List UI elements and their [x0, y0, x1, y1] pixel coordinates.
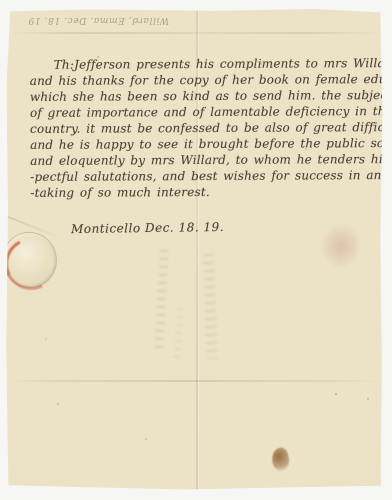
horizontal-fold-crease-bottom [5, 380, 383, 382]
letter-dateline: Monticello Dec. 18. 19. [71, 220, 224, 236]
letter-line: country. it must be confessed to be also… [30, 119, 378, 137]
pink-smudge-stain [317, 220, 365, 272]
letter-body-text: Th:Jefferson presents his compliments to… [30, 55, 379, 201]
letter-paper-sheet: Willard, Emma. Dec. 18. 19 Th:Jefferson … [5, 8, 383, 490]
paper-specks [5, 8, 7, 10]
letter-line: and eloquently by mrs Willard, to whom h… [30, 151, 378, 169]
letter-line: and he is happy to see it brought before… [30, 135, 378, 153]
scanned-letter-image: Willard, Emma. Dec. 18. 19 Th:Jefferson … [0, 0, 392, 500]
horizontal-fold-crease-top [5, 32, 383, 34]
letter-line: of great importance and of lamentable de… [30, 103, 378, 121]
embossed-seal [0, 230, 61, 296]
letter-line: which she has been so kind as to send hi… [30, 87, 378, 105]
gray-ink-smudge [203, 254, 218, 359]
letter-line: -taking of so much interest. [30, 183, 378, 201]
brown-ink-spot [269, 446, 291, 472]
upside-down-pencil-docket: Willard, Emma. Dec. 18. 19 [19, 10, 169, 25]
gray-ink-smudge [173, 308, 185, 363]
gray-ink-smudge [154, 250, 168, 350]
letter-line: -pectful salutations, and best wishes fo… [30, 167, 378, 185]
letter-line: and his thanks for the copy of her book … [30, 71, 378, 89]
letter-line: Th:Jefferson presents his compliments to… [30, 55, 378, 73]
